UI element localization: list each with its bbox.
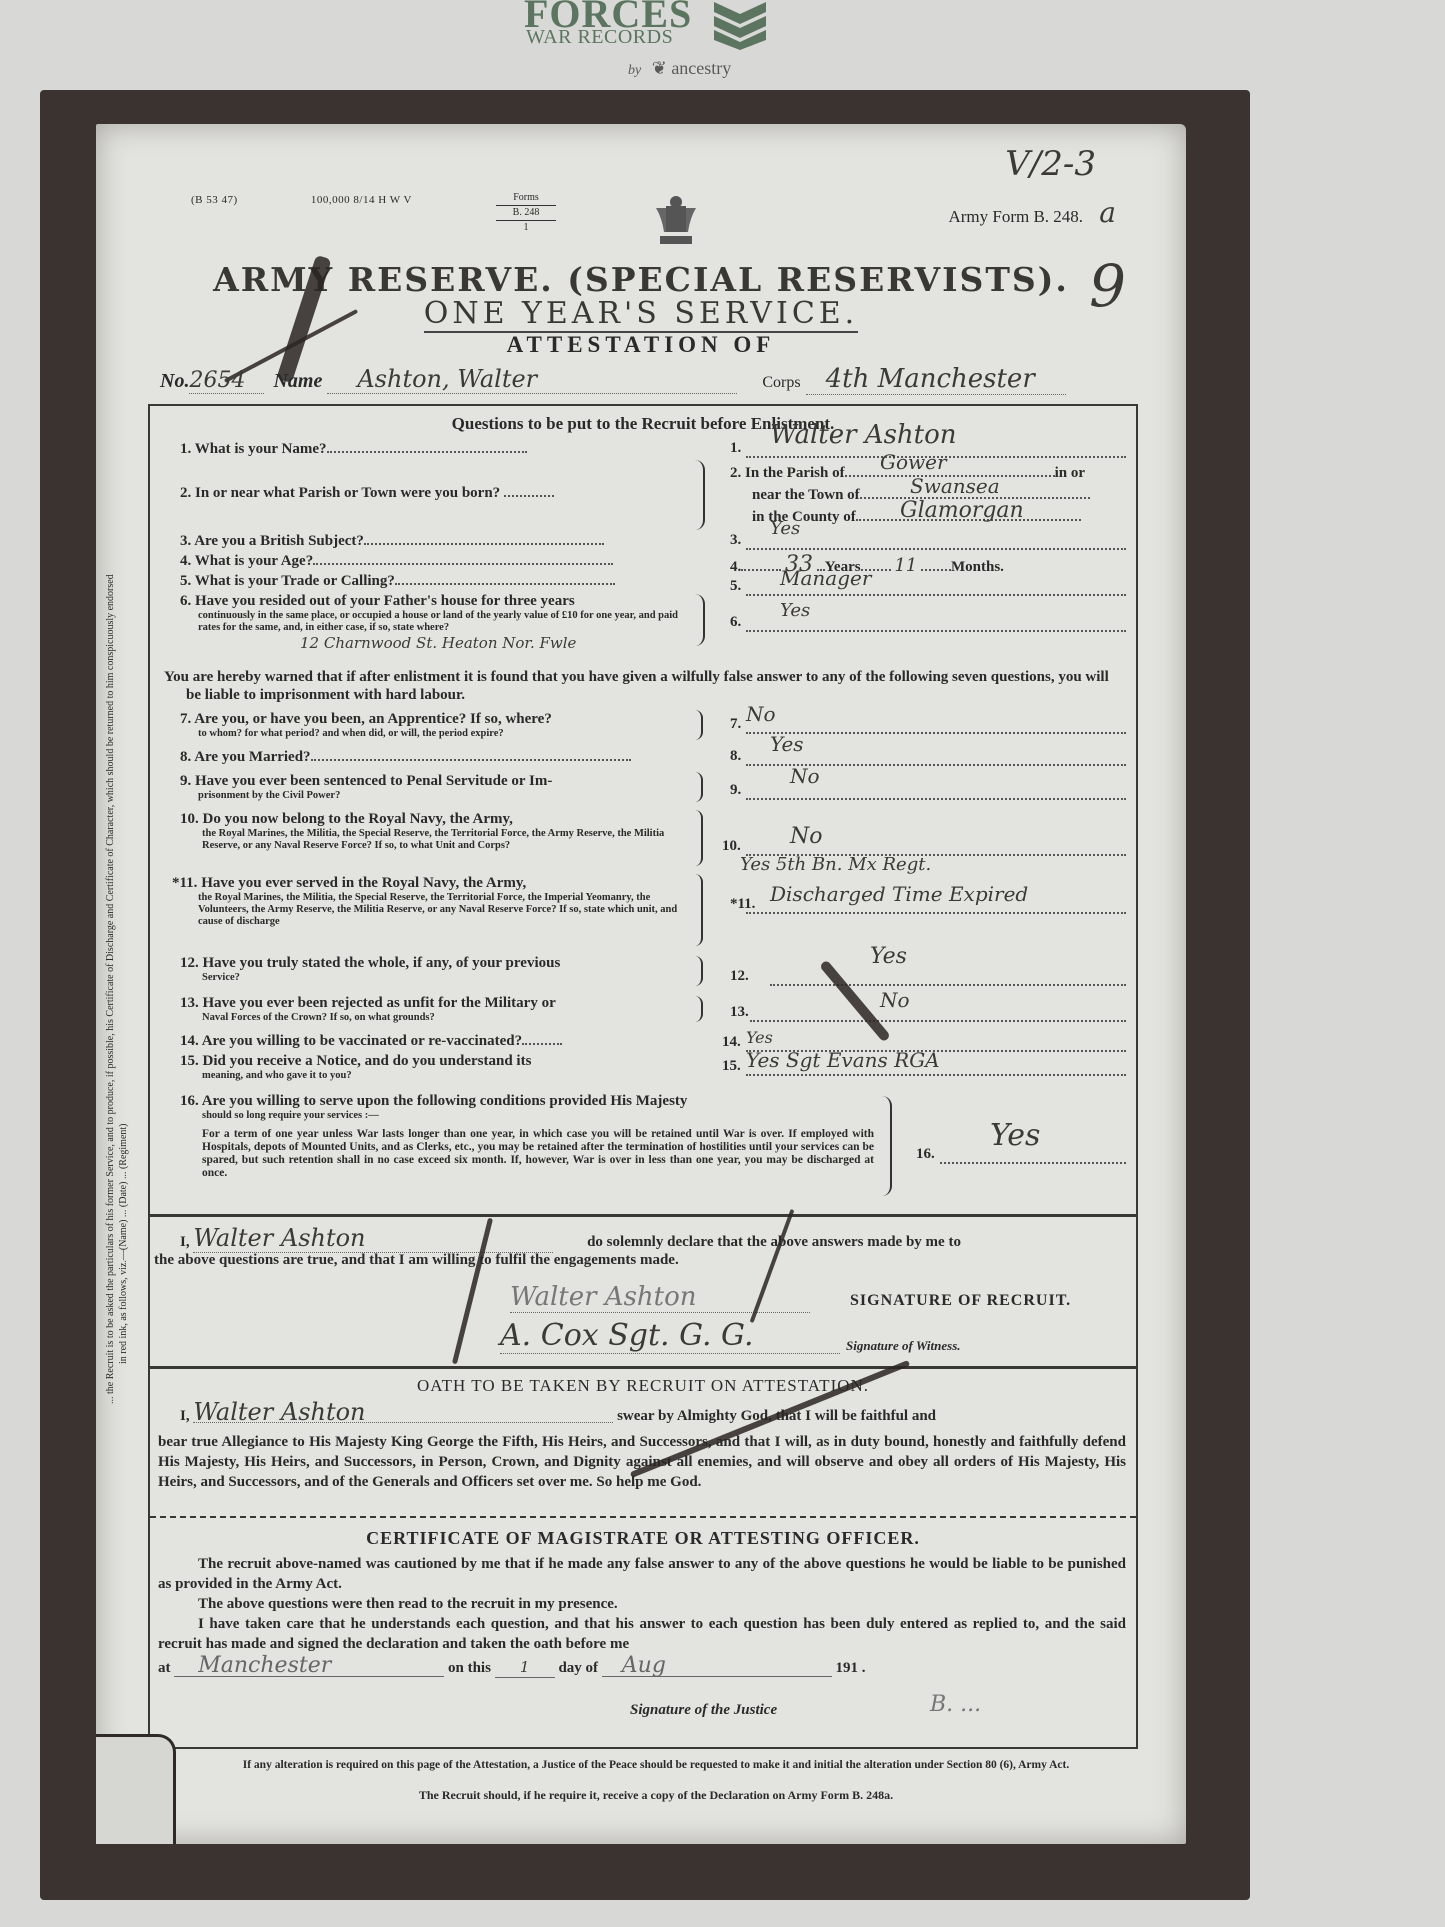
answer-6: Yes <box>780 600 810 621</box>
answer-10-note: Yes 5th Bn. Mx Regt. <box>740 854 931 875</box>
answer-14: Yes <box>746 1028 773 1047</box>
oath-body: bear true Allegiance to His Majesty King… <box>158 1432 1126 1492</box>
answer-10: No <box>790 824 823 849</box>
forces-war-records-logo: FORCES WAR RECORDS by ❦ ancestry <box>520 0 780 88</box>
residence-answer: 12 Charnwood St. Heaton Nor. Fwle <box>300 634 576 652</box>
form-title: ARMY RESERVE. (SPECIAL RESERVISTS). <box>96 260 1186 299</box>
margin-note: ... the Recruit is to be asked the parti… <box>104 174 130 1404</box>
answer-3: Yes <box>770 518 800 539</box>
oath-name: Walter Ashton <box>193 1402 613 1423</box>
question-2: 2. In or near what Parish or Town were y… <box>180 484 554 502</box>
questions-section: Questions to be put to the Recruit befor… <box>148 404 1138 1749</box>
answer-town: Swansea <box>910 474 1000 498</box>
justice-signature: B. ... <box>930 1692 981 1717</box>
footer-copy-note: The Recruit should, if he require it, re… <box>206 1788 1106 1802</box>
by-label: by <box>628 63 641 78</box>
answer-12: Yes <box>870 944 907 969</box>
service-conditions: For a term of one year unless War lasts … <box>202 1128 874 1180</box>
answer-7: No <box>746 702 776 726</box>
answer-11: Discharged Time Expired <box>770 882 1028 906</box>
ancestry-label: ancestry <box>671 58 731 78</box>
answer-16: Yes <box>990 1118 1040 1153</box>
question-10: 10. Do you now belong to the Royal Navy,… <box>180 810 680 852</box>
declaration-name: Walter Ashton <box>193 1224 553 1253</box>
recruit-signature-label: SIGNATURE OF RECRUIT. <box>850 1292 1071 1310</box>
royal-crest-icon <box>652 194 700 250</box>
answer-13: No <box>880 988 910 1012</box>
question-15: 15. Did you receive a Notice, and do you… <box>180 1052 680 1082</box>
false-answer-warning: You are hereby warned that if after enli… <box>164 668 1124 704</box>
corps-name: 4th Manchester <box>806 364 1066 395</box>
ancestry-byline: by ❦ ancestry <box>628 58 731 79</box>
declaration-continued: the above questions are true, and that I… <box>150 1252 679 1269</box>
question-6: 6. Have you resided out of your Father's… <box>180 592 680 634</box>
question-7: 7. Are you, or have you been, an Apprent… <box>180 710 680 740</box>
brand-subtitle: WAR RECORDS <box>526 26 673 49</box>
attestation-place-date: at Manchester on this 1 day of Aug 191 . <box>158 1656 1126 1678</box>
witness-signature-label: Signature of Witness. <box>846 1338 961 1354</box>
age-months: 11 <box>894 555 917 576</box>
attestation-heading: ATTESTATION OF <box>96 332 1186 358</box>
ancestry-leaf-icon: ❦ <box>652 58 667 78</box>
witness-signature: A. Cox Sgt. G. G. <box>500 1318 840 1354</box>
justice-signature-label: Signature of the Justice <box>630 1702 777 1719</box>
question-1: 1. What is your Name? <box>180 440 690 458</box>
recruit-name-line: No.2654 Name Ashton, Walter Corps 4th Ma… <box>160 364 1130 394</box>
recruit-name: Ashton, Walter <box>327 365 737 394</box>
question-4: 4. What is your Age? <box>180 552 613 570</box>
question-5: 5. What is your Trade or Calling? <box>180 572 615 590</box>
question-3: 3. Are you a British Subject? <box>180 532 604 550</box>
question-11: *11. Have you ever served in the Royal N… <box>172 874 682 928</box>
question-14: 14. Are you willing to be vaccinated or … <box>180 1032 562 1050</box>
form-subtitle: ONE YEAR'S SERVICE. <box>96 296 1186 331</box>
question-12: 12. Have you truly stated the whole, if … <box>180 954 680 984</box>
attestation-place: Manchester <box>174 1656 444 1677</box>
question-9: 9. Have you ever been sentenced to Penal… <box>180 772 680 802</box>
certificate-understanding: I have taken care that he understands ea… <box>158 1614 1126 1654</box>
regimental-number: 2654 <box>189 368 264 394</box>
certificate-caution: The recruit above-named was cautioned by… <box>158 1554 1126 1594</box>
oath-heading: OATH TO BE TAKEN BY RECRUIT ON ATTESTATI… <box>150 1376 1136 1396</box>
chevron-stripes-icon <box>712 0 768 50</box>
answer-county: Glamorgan <box>900 498 1024 523</box>
attestation-month: Aug <box>602 1656 832 1677</box>
oath-first-line: I, Walter Ashton swear by Almighty God, … <box>180 1402 1130 1426</box>
question-8: 8. Are you Married? <box>180 748 631 766</box>
certificate-heading: CERTIFICATE OF MAGISTRATE OR ATTESTING O… <box>150 1528 1136 1549</box>
question-16: 16. Are you willing to serve upon the fo… <box>180 1092 880 1122</box>
answer-9: No <box>790 764 820 788</box>
question-13: 13. Have you ever been rejected as unfit… <box>180 994 680 1024</box>
army-form-number: Army Form B. 248. a <box>948 196 1116 229</box>
forms-reference: Forms B. 248 1 <box>496 192 556 234</box>
certificate-read: The above questions were then read to th… <box>198 1594 1126 1614</box>
declaration: I, Walter Ashton do solemnly declare tha… <box>180 1224 1130 1253</box>
attestation-form: ... the Recruit is to be asked the parti… <box>96 124 1186 1844</box>
answer-8: Yes <box>770 732 804 756</box>
reference-annotation: V/2-3 <box>1005 144 1096 184</box>
folded-corner <box>96 1734 176 1844</box>
answer-5: Manager <box>780 566 871 590</box>
answer-parish: Gower <box>880 450 947 474</box>
answer-15: Yes Sgt Evans RGA <box>746 1048 940 1072</box>
print-code: (B 53 47) 100,000 8/14 H W V <box>191 194 412 206</box>
attestation-day: 1 <box>495 1657 555 1678</box>
answer-1: Walter Ashton <box>770 420 957 450</box>
questions-heading: Questions to be put to the Recruit befor… <box>150 414 1136 434</box>
footer-alteration-note: If any alteration is required on this pa… <box>206 1758 1106 1772</box>
